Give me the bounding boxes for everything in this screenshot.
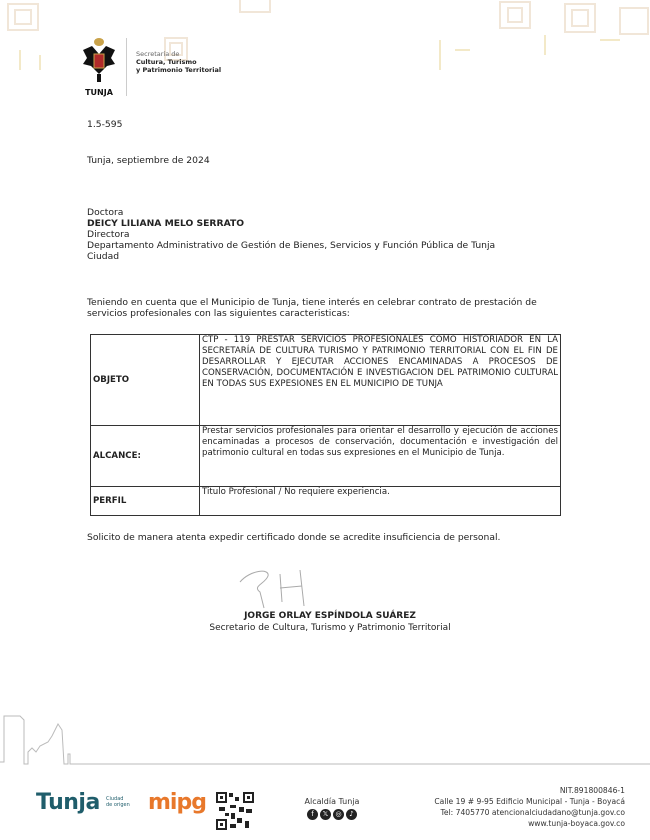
recipient-salutation: Doctora [87, 207, 495, 218]
mipg-logo: mipg [148, 790, 206, 815]
row-label: OBJETO [91, 335, 200, 426]
recipient-city: Ciudad [87, 251, 495, 262]
row-label: PERFIL [91, 487, 200, 516]
nit: NIT.891800846-1 [434, 785, 625, 796]
row-value: Prestar servicios profesionales para ori… [200, 426, 561, 487]
website-link[interactable]: www.tunja-boyaca.gov.co [434, 818, 625, 829]
social-media-block: Alcaldía Tunja f 𝕏 ◎ ♪ [296, 797, 368, 820]
intro-paragraph: Teniendo en cuenta que el Municipio de T… [87, 297, 562, 319]
secretaria-line-1: Cultura, Turismo [136, 58, 197, 66]
signatory-name: JORGE ORLAY ESPÍNDOLA SUÁREZ [170, 611, 490, 621]
recipient-block: Doctora DEICY LILIANA MELO SERRATO Direc… [87, 207, 495, 262]
social-icons: f 𝕏 ◎ ♪ [296, 809, 368, 820]
row-label: ALCANCE: [91, 426, 200, 487]
contract-characteristics-table: OBJETO CTP - 119 PRESTAR SERVICIOS PROFE… [90, 334, 561, 516]
x-twitter-icon[interactable]: 𝕏 [320, 809, 331, 820]
city-skyline-decoration [0, 712, 650, 776]
reference-number: 1.5-595 [87, 119, 122, 130]
secretaria-prefix: Secretaría de [136, 50, 221, 58]
facebook-icon[interactable]: f [307, 809, 318, 820]
address: Calle 19 # 9-95 Edificio Municipal - Tun… [434, 796, 625, 807]
request-paragraph: Solicito de manera atenta expedir certif… [87, 532, 500, 543]
recipient-role: Directora [87, 229, 495, 240]
tunja-coat-of-arms-icon: TUNJA [80, 36, 118, 98]
secretaria-logo: TUNJA Secretaría de Cultura, Turismo y P… [80, 36, 250, 98]
social-label: Alcaldía Tunja [296, 797, 368, 806]
tunja-brand-tagline: Ciudad de origen [106, 796, 130, 808]
secretaria-line-2: y Patrimonio Territorial [136, 66, 221, 74]
tunja-brand-logo: Tunja [36, 790, 100, 815]
tiktok-icon[interactable]: ♪ [346, 809, 357, 820]
recipient-name: DEICY LILIANA MELO SERRATO [87, 218, 495, 229]
tagline-line-2: de origen [106, 802, 130, 808]
table-row: ALCANCE: Prestar servicios profesionales… [91, 426, 561, 487]
recipient-department: Departamento Administrativo de Gestión d… [87, 240, 495, 251]
secretaria-name: Secretaría de Cultura, Turismo y Patrimo… [136, 50, 221, 74]
handwritten-signature [230, 562, 350, 612]
table-row: PERFIL Titulo Profesional / No requiere … [91, 487, 561, 516]
row-value: Titulo Profesional / No requiere experie… [200, 487, 561, 516]
contact-info: NIT.891800846-1 Calle 19 # 9-95 Edificio… [434, 785, 625, 829]
qr-code-icon[interactable] [215, 791, 255, 831]
letter-date: Tunja, septiembre de 2024 [87, 155, 210, 166]
instagram-icon[interactable]: ◎ [333, 809, 344, 820]
row-value: CTP - 119 PRESTAR SERVICIOS PROFESIONALE… [200, 335, 561, 426]
logo-divider [126, 38, 127, 96]
phone-email[interactable]: Tel: 7405770 atencionalciudadano@tunja.g… [434, 807, 625, 818]
table-row: OBJETO CTP - 119 PRESTAR SERVICIOS PROFE… [91, 335, 561, 426]
signatory-title: Secretario de Cultura, Turismo y Patrimo… [150, 623, 510, 633]
svg-text:TUNJA: TUNJA [85, 88, 114, 97]
